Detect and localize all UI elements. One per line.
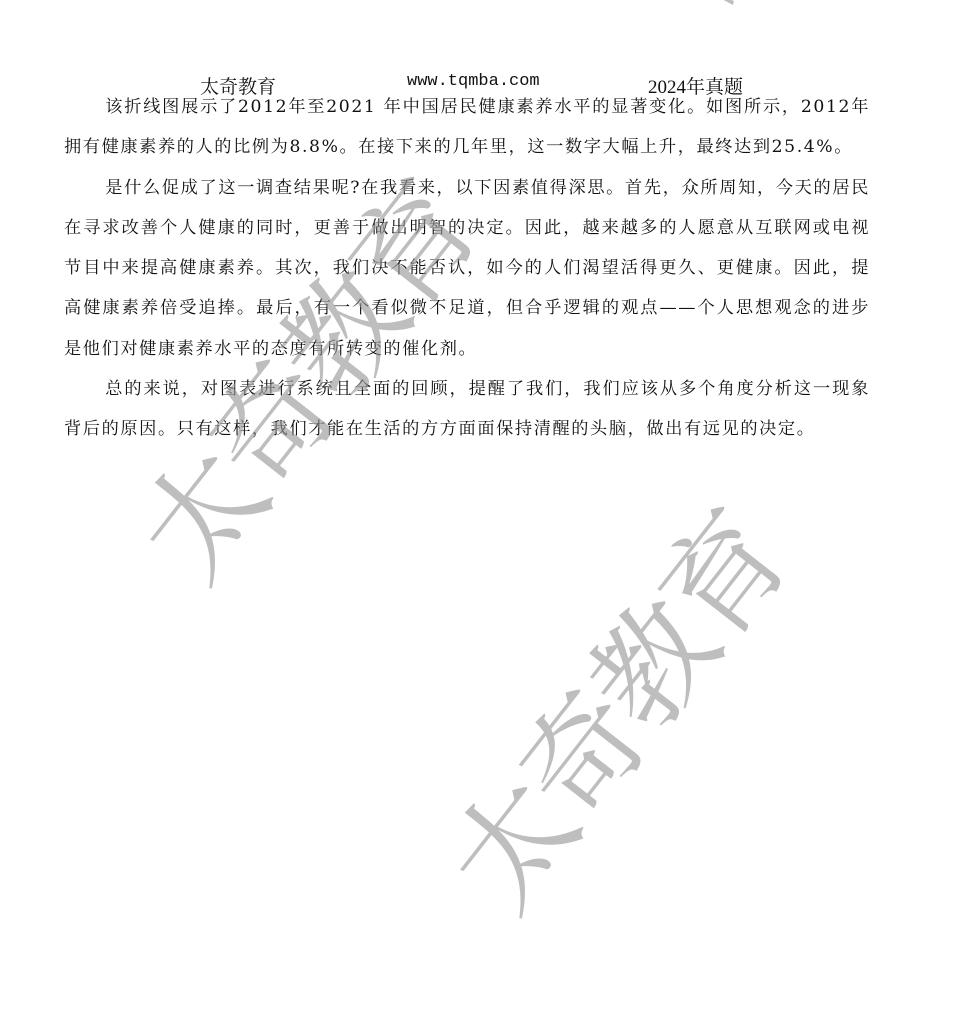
paragraph-intro: 该折线图展示了2012年至2021 年中国居民健康素养水平的显著变化。如图所示，… (64, 87, 870, 168)
header-exam-title: 2024年真题 (648, 72, 743, 99)
header-brand: 太奇教育 (200, 72, 276, 99)
watermark-fragment: 育 (662, 0, 763, 23)
watermark-brand: 太奇教育 (402, 474, 818, 939)
paragraph-reasons: 是什么促成了这一调查结果呢?在我看来，以下因素值得深思。首先，众所周知，今天的居… (64, 168, 870, 369)
document-page: 太奇教育 www.tqmba.com 2024年真题 该折线图展示了2012年至… (0, 0, 960, 1011)
paragraph-conclusion: 总的来说，对图表进行系统且全面的回顾，提醒了我们，我们应该从多个角度分析这一现象… (64, 369, 870, 450)
essay-body: 该折线图展示了2012年至2021 年中国居民健康素养水平的显著变化。如图所示，… (64, 87, 870, 450)
header-website: www.tqmba.com (407, 72, 540, 91)
page-header: 太奇教育 www.tqmba.com 2024年真题 (0, 72, 960, 96)
